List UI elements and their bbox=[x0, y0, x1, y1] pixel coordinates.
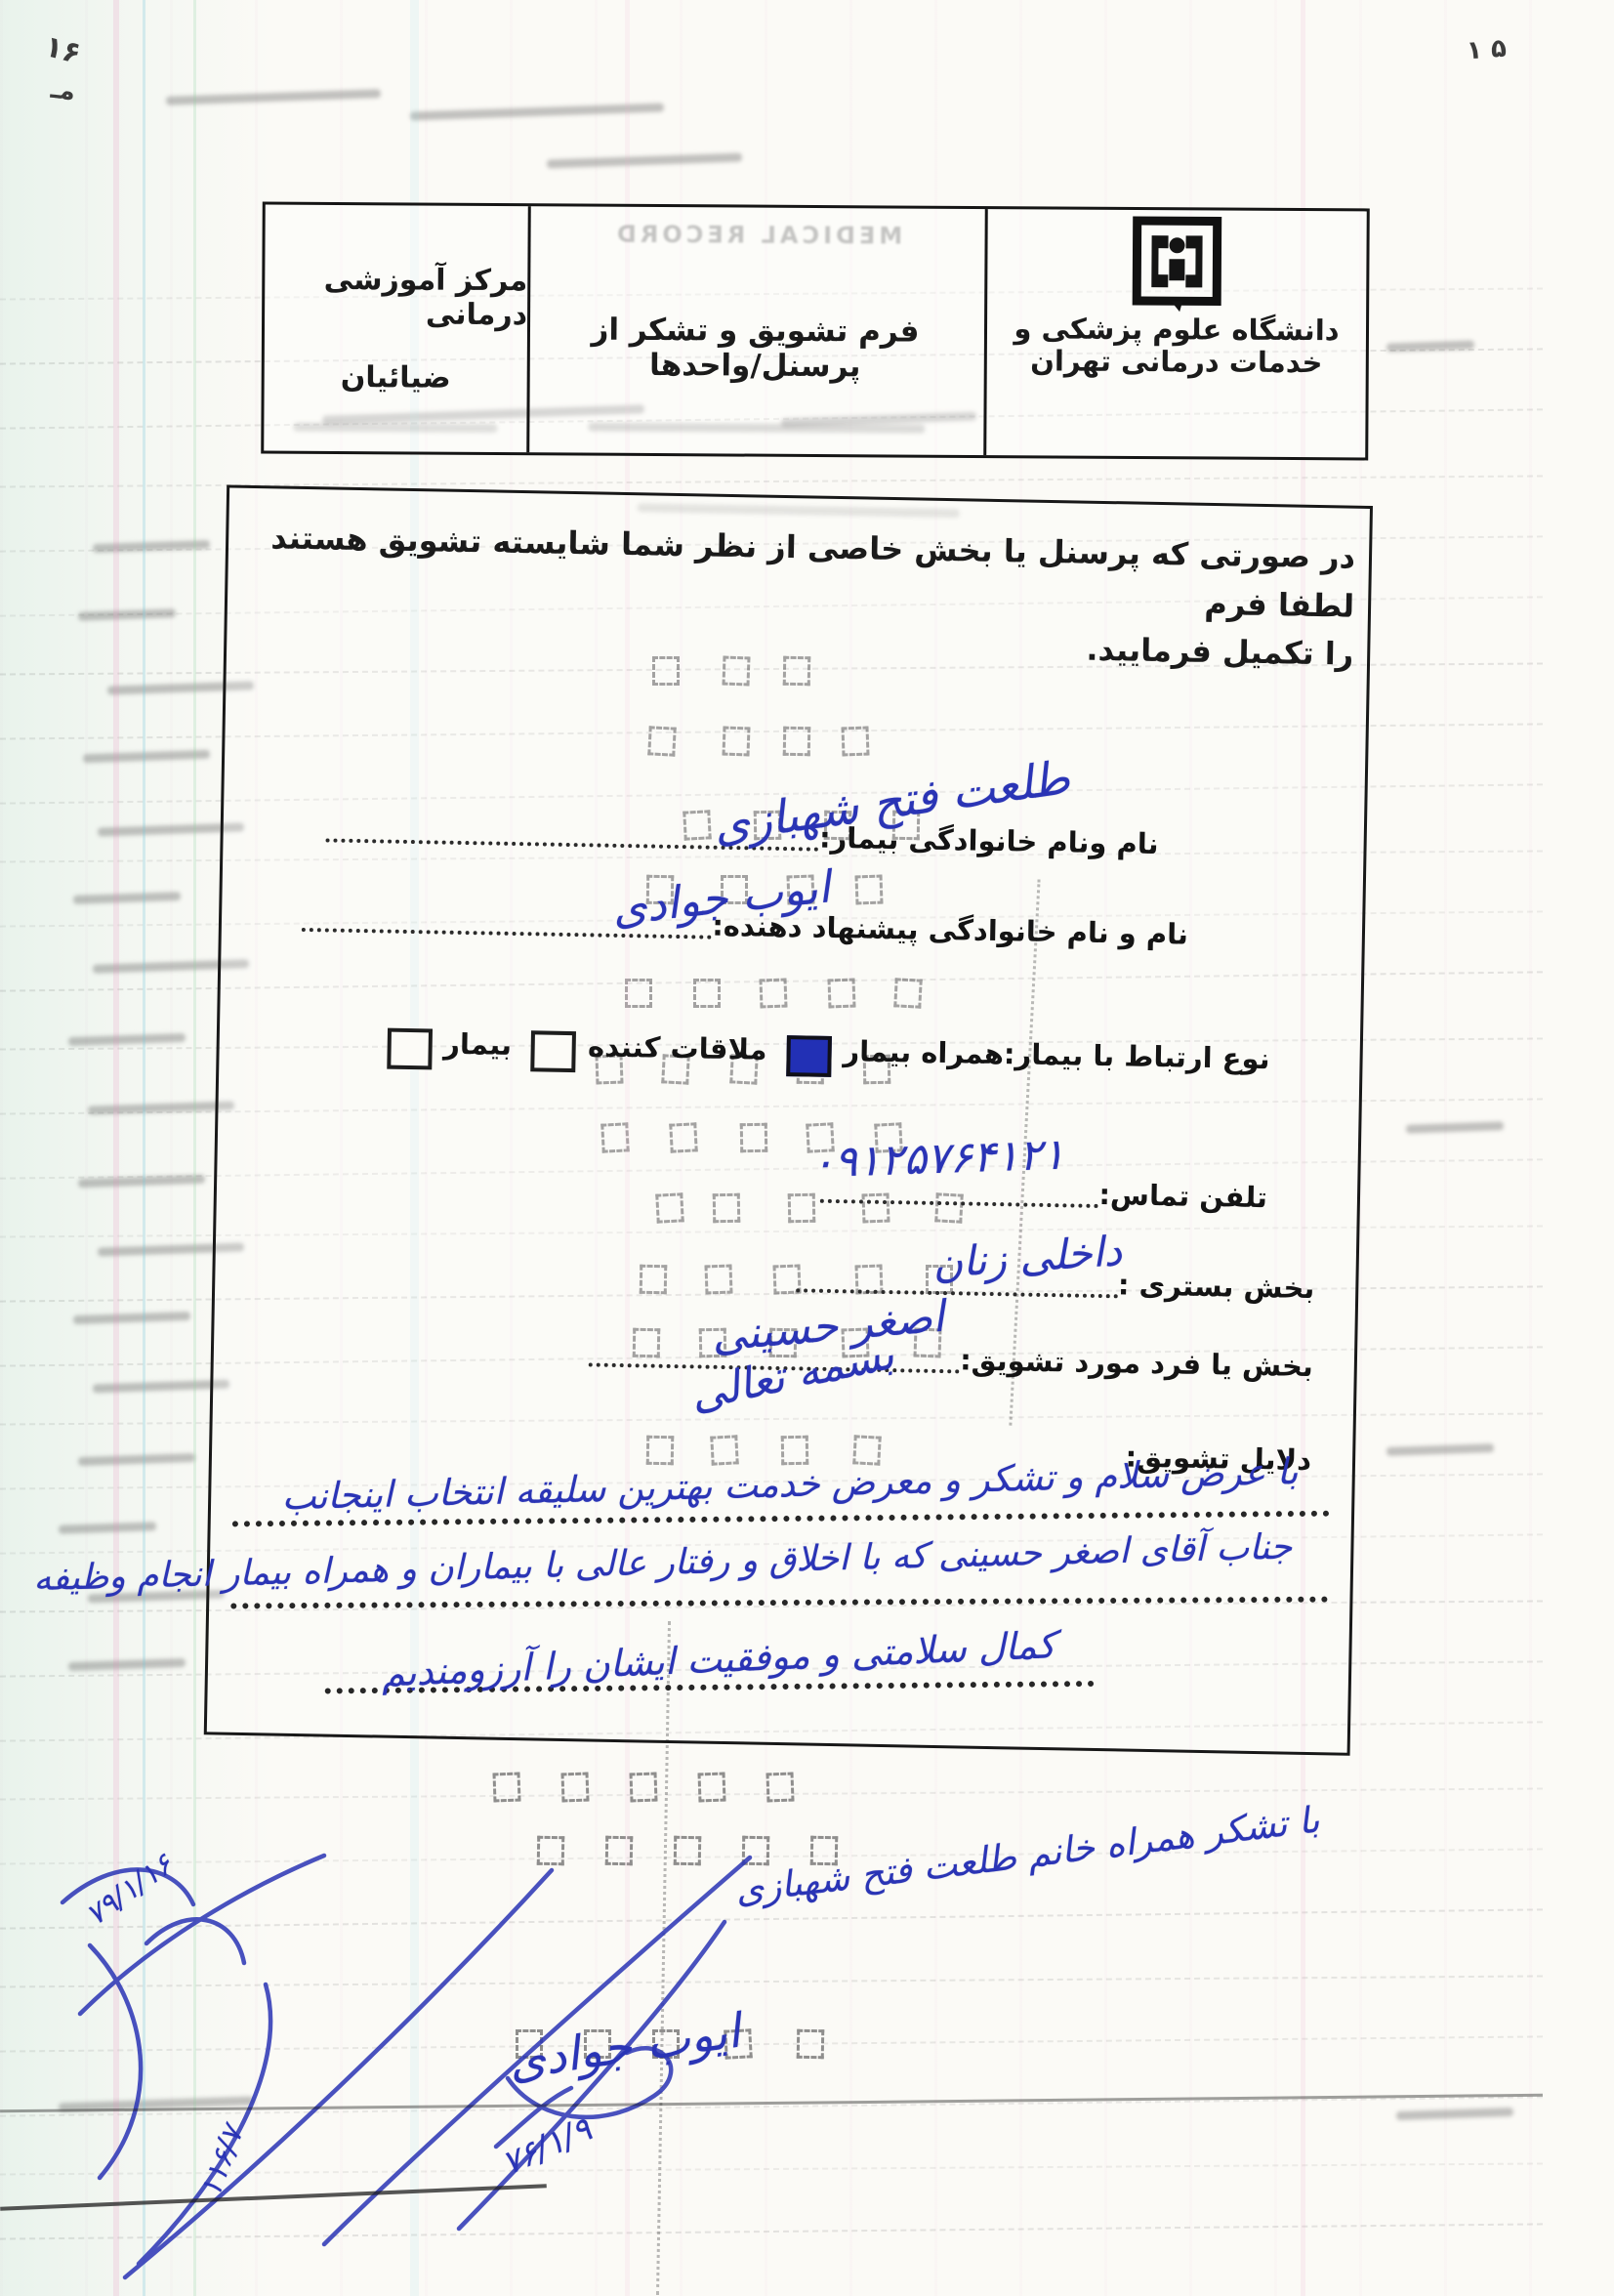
page-corner-mark-left: ۱۶ bbox=[41, 29, 84, 71]
bleedthrough-checkbox bbox=[492, 1773, 520, 1803]
form-title: فرم تشویق و تشکر از پرسنل/واحدها bbox=[540, 312, 971, 385]
bleedthrough-checkbox bbox=[560, 1773, 589, 1803]
bleedthrough-smudge bbox=[78, 1453, 195, 1466]
bleedthrough-rule-line bbox=[0, 1908, 1543, 1929]
bleedthrough-smudge bbox=[1386, 1443, 1494, 1456]
bleedthrough-checkbox bbox=[605, 1836, 634, 1865]
bleedthrough-smudge bbox=[59, 1522, 156, 1533]
bleedthrough-smudge bbox=[547, 153, 742, 169]
header-cell-university: دانشگاه علوم پزشکی و خدمات درمانی تهران bbox=[986, 209, 1367, 457]
phone-handwriting: ۰۹۱۲۵۷۶۴۱۲۱ bbox=[810, 1130, 1066, 1189]
bleedthrough-rule-line bbox=[0, 2035, 1543, 2052]
bleedthrough-rule-line bbox=[0, 1848, 1543, 1864]
left-date-2-handwriting: ۱۱۶/۷ bbox=[193, 2121, 250, 2201]
header-table: دانشگاه علوم پزشکی و خدمات درمانی تهران … bbox=[261, 202, 1370, 461]
form-body-box: در صورتی که پرسنل یا بخش خاصی از نظر شما… bbox=[204, 484, 1373, 1755]
bleedthrough-smudge bbox=[68, 1658, 186, 1671]
university-logo bbox=[1132, 216, 1222, 314]
form-instructions: در صورتی که پرسنل یا بخش خاصی از نظر شما… bbox=[238, 514, 1356, 680]
relation-checkbox-patient[interactable] bbox=[387, 1027, 433, 1069]
bleedthrough-smudge bbox=[1406, 1121, 1504, 1133]
faint-stamp bbox=[588, 423, 925, 434]
relation-checkbox-visitor[interactable] bbox=[531, 1030, 577, 1072]
scan-line-dark bbox=[0, 2184, 547, 2210]
bleedthrough-smudge bbox=[410, 103, 664, 120]
scan-streak bbox=[193, 0, 196, 2296]
bleedthrough-checkbox bbox=[537, 1836, 565, 1865]
signature-handwriting: ایوب جوادی bbox=[505, 2004, 743, 2091]
reason-handwriting-2: جناب آقای اصغر حسینی که با اخلاق و رفتار… bbox=[32, 1527, 1292, 1600]
bleedthrough-checkbox bbox=[766, 1773, 794, 1803]
bleedthrough-english-text: MEDICAL RECORD bbox=[531, 220, 985, 250]
signature-date-handwriting: ۷۶/۱/۹ bbox=[496, 2109, 598, 2184]
university-name-line1: دانشگاه علوم پزشکی و bbox=[1014, 313, 1339, 347]
relation-label: نوع ارتباط با بیمار: bbox=[1004, 1037, 1270, 1075]
reason-line-2[interactable] bbox=[230, 1597, 1328, 1609]
left-date-handwriting: ۷۹/۱/۱۶ bbox=[79, 1848, 179, 1934]
bleedthrough-checkbox bbox=[629, 1773, 657, 1803]
center-name-line1: مرکز آموزشی درمانی bbox=[265, 262, 527, 332]
faint-stamp bbox=[638, 503, 960, 518]
bleedthrough-smudge bbox=[73, 892, 181, 904]
scan-streak bbox=[113, 0, 119, 2296]
bleedthrough-smudge bbox=[68, 1033, 186, 1046]
bleedthrough-checkbox bbox=[674, 1836, 702, 1865]
bleedthrough-smudge bbox=[166, 89, 381, 105]
header-cell-center: مرکز آموزشی درمانی ضیائیان bbox=[264, 205, 531, 453]
relation-checkbox-companion[interactable] bbox=[786, 1035, 832, 1077]
relation-option-2-label: بیمار bbox=[443, 1027, 512, 1062]
center-name-line2: ضیائیان bbox=[341, 360, 451, 396]
bleedthrough-rule-line bbox=[0, 1975, 1543, 1987]
relation-option-1-label: ملاقات کننده bbox=[588, 1029, 767, 1065]
page-corner-mark-right: ۱ ۵ bbox=[1466, 34, 1508, 66]
bleedthrough-smudge bbox=[93, 1380, 229, 1394]
bleedthrough-checkbox bbox=[742, 1836, 770, 1865]
relation-option-0-label: همراه بیمار bbox=[843, 1034, 1004, 1070]
page-corner-mark-left-2: مـ bbox=[50, 75, 77, 106]
field-relation-type: نوع ارتباط با بیمار:همراه بیمارملاقات کن… bbox=[367, 1025, 1270, 1084]
bleedthrough-smudge bbox=[83, 750, 210, 764]
faint-stamp bbox=[293, 423, 497, 433]
university-name-line2: خدمات درمانی تهران bbox=[1030, 346, 1322, 380]
bleedthrough-smudge bbox=[73, 1312, 190, 1324]
scanned-form-page: ۱۶ مـ ۱ ۵ دانشگاه علوم پزشکی و خدمات درم… bbox=[0, 0, 1614, 2296]
ward-label: بخش بستری : bbox=[1118, 1268, 1315, 1305]
reason-handwriting-1: با عرض سلام و تشکر و معرض خدمت بهترین سل… bbox=[281, 1450, 1299, 1518]
phone-label: تلفن تماس: bbox=[1098, 1178, 1267, 1214]
scan-streak bbox=[143, 0, 145, 2296]
bleedthrough-rule-line bbox=[0, 2223, 1543, 2239]
header-cell-title: MEDICAL RECORD فرم تشویق و تشکر از پرسنل… bbox=[529, 206, 988, 455]
bleedthrough-smudge bbox=[1396, 2108, 1513, 2120]
bleedthrough-checkbox bbox=[697, 1773, 725, 1803]
